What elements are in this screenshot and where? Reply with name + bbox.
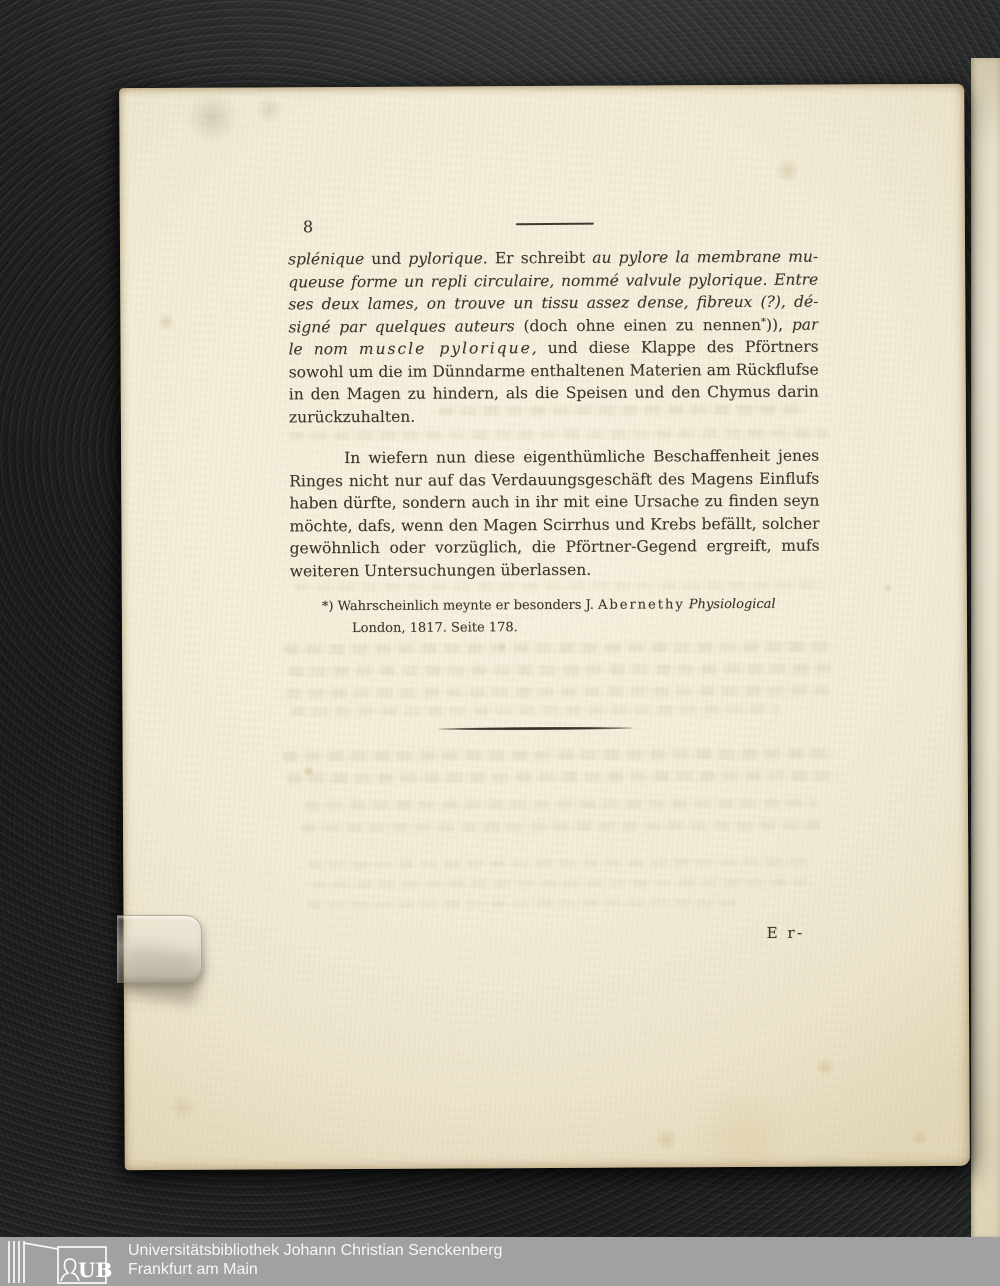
show-through-text bbox=[290, 705, 780, 717]
book-page: 8 splénique und pylorique. Er schreibt a… bbox=[119, 84, 970, 1170]
show-through-text bbox=[307, 859, 807, 869]
catchword: E r- bbox=[767, 924, 805, 942]
library-name: Universitätsbibliothek Johann Christian … bbox=[128, 1241, 502, 1260]
paper-stain bbox=[883, 583, 893, 593]
paper-stain bbox=[775, 158, 801, 184]
paper-stain bbox=[168, 1093, 196, 1121]
paper-stain bbox=[690, 1085, 795, 1171]
book-scan-viewport: 8 splénique und pylorique. Er schreibt a… bbox=[0, 0, 1000, 1286]
paper-stain bbox=[157, 313, 175, 331]
logo-text: UB bbox=[78, 1258, 112, 1282]
show-through-text bbox=[287, 770, 835, 783]
show-through-text bbox=[284, 641, 832, 654]
show-through-layer bbox=[119, 84, 964, 88]
page-number: 8 bbox=[303, 217, 313, 236]
show-through-text bbox=[301, 821, 821, 833]
paper-stain bbox=[186, 92, 238, 144]
paper-stain bbox=[255, 95, 283, 123]
stain-layer bbox=[119, 84, 964, 88]
footnote: *) Wahrscheinlich meynte er besonders J.… bbox=[322, 594, 830, 641]
paragraph-main: In wiefern nun diese eigenthümliche Besc… bbox=[289, 445, 820, 583]
show-through-text bbox=[283, 748, 835, 761]
show-through-text bbox=[288, 663, 832, 676]
paper-stain bbox=[497, 641, 507, 651]
show-through-text bbox=[294, 581, 824, 592]
paper-stain bbox=[912, 1130, 928, 1146]
paragraph-french-quote: splénique und pylorique. Er schreibt au … bbox=[288, 246, 819, 429]
page-holder-clip bbox=[117, 915, 202, 983]
section-divider-rule bbox=[438, 727, 634, 731]
paper-stain bbox=[655, 1127, 679, 1151]
show-through-text bbox=[307, 899, 737, 908]
library-footer-bar: UB Universitätsbibliothek Johann Christi… bbox=[0, 1237, 1000, 1286]
library-city: Frankfurt am Main bbox=[128, 1260, 502, 1279]
page-stack-fore-edge bbox=[971, 58, 1000, 1237]
show-through-text bbox=[305, 799, 817, 811]
paper-stain bbox=[815, 1056, 835, 1076]
paper-stain bbox=[303, 765, 315, 777]
show-through-text bbox=[311, 879, 807, 889]
show-through-text bbox=[286, 686, 830, 699]
header-rule bbox=[516, 223, 594, 226]
show-through-text bbox=[289, 429, 829, 441]
ub-logo: UB bbox=[6, 1239, 114, 1285]
